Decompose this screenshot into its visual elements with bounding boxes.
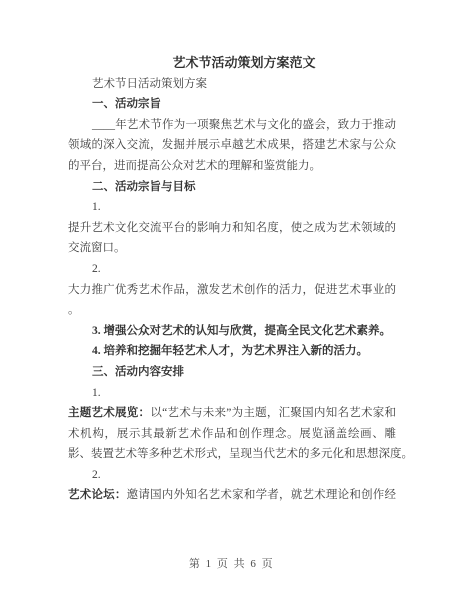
section-heading: 三、活动内容安排	[68, 362, 396, 383]
bold-text-run: 二、活动宗旨与目标	[92, 181, 196, 193]
text-run: 领域的深入交流，发掘并展示卓越艺术成果，搭建艺术家与公众互动	[68, 139, 396, 156]
paragraph-line: 的平台，进而提高公众对艺术的理解和鉴赏能力。	[68, 156, 396, 177]
section-heading: 二、活动宗旨与目标	[68, 177, 396, 198]
paragraph-line: 。	[68, 300, 396, 321]
text-run: 。	[68, 304, 80, 316]
paragraph-line: 主题艺术展览：以“艺术与未来”为主题，汇聚国内知名艺术家和艺	[68, 403, 396, 424]
bold-text-run: 三、活动内容安排	[92, 366, 184, 378]
paragraph-line: 艺术论坛：邀请国内外知名艺术家和学者，就艺术理论和创作经验进	[68, 485, 396, 506]
text-run: 提升艺术文化交流平台的影响力和知名度，使之成为艺术领域的重要	[68, 222, 396, 239]
paragraph-line: ____年艺术节作为一项聚焦艺术与文化的盛会，致力于推动艺术	[68, 115, 396, 136]
text-run: 艺术节日活动策划方案	[92, 78, 207, 90]
section-heading: 一、活动宗旨	[68, 94, 396, 115]
bold-text-run: 3. 增强公众对艺术的认知与欣赏，提高全民文化艺术素养。	[92, 325, 391, 337]
list-number: 2.	[68, 259, 396, 280]
document-page: 艺术节活动策划方案范文 艺术节日活动策划方案一、活动宗旨____年艺术节作为一项…	[0, 0, 463, 600]
paragraph-line: 领域的深入交流，发掘并展示卓越艺术成果，搭建艺术家与公众互动	[68, 135, 396, 156]
text-run: 2.	[92, 469, 101, 481]
text-run: ____年艺术节作为一项聚焦艺术与文化的盛会，致力于推动艺术	[68, 119, 396, 136]
paragraph-line: 提升艺术文化交流平台的影响力和知名度，使之成为艺术领域的重要	[68, 218, 396, 239]
list-number: 2.	[68, 465, 396, 486]
page-number-text: 第 1 页 共 6 页	[189, 558, 274, 570]
text-run: 2.	[92, 263, 101, 275]
bold-text-run: 一、活动宗旨	[92, 98, 161, 110]
text-run: 大力推广优秀艺术作品，激发艺术创作的活力，促进艺术事业的发展	[68, 284, 396, 301]
list-number: 1.	[68, 383, 396, 404]
document-title: 艺术节活动策划方案范文	[68, 53, 396, 74]
text-run: 交流窗口。	[68, 242, 126, 254]
paragraph-line: 影、装置艺术等多种艺术形式，呈现当代艺术的多元化和思想深度。	[68, 444, 396, 465]
bold-text-run: 主题艺术展览：	[68, 407, 150, 419]
text-run: 术机构，展示其最新艺术作品和创作理念。展览涵盖绘画、雕塑、摄	[68, 428, 396, 445]
text-run: 1.	[92, 201, 101, 213]
paragraph-line: 术机构，展示其最新艺术作品和创作理念。展览涵盖绘画、雕塑、摄	[68, 424, 396, 445]
paragraph-line: 大力推广优秀艺术作品，激发艺术创作的活力，促进艺术事业的发展	[68, 280, 396, 301]
paragraph-line: 艺术节日活动策划方案	[68, 74, 396, 95]
bold-text-run: 4. 培养和挖掘年轻艺术人才，为艺术界注入新的活力。	[92, 345, 368, 357]
list-number: 1.	[68, 197, 396, 218]
text-run: 1.	[92, 387, 101, 399]
document-body: 艺术节日活动策划方案一、活动宗旨____年艺术节作为一项聚焦艺术与文化的盛会，致…	[68, 74, 396, 506]
bold-text-run: 艺术论坛：	[68, 489, 127, 501]
page-footer: 第 1 页 共 6 页	[0, 556, 463, 572]
text-run: 的平台，进而提高公众对艺术的理解和鉴赏能力。	[68, 160, 321, 172]
list-item-heading: 3. 增强公众对艺术的认知与欣赏，提高全民文化艺术素养。	[68, 321, 396, 342]
text-run: 影、装置艺术等多种艺术形式，呈现当代艺术的多元化和思想深度。	[68, 448, 413, 460]
paragraph-line: 交流窗口。	[68, 238, 396, 259]
document-content: 艺术节活动策划方案范文 艺术节日活动策划方案一、活动宗旨____年艺术节作为一项…	[68, 53, 396, 506]
list-item-heading: 4. 培养和挖掘年轻艺术人才，为艺术界注入新的活力。	[68, 341, 396, 362]
